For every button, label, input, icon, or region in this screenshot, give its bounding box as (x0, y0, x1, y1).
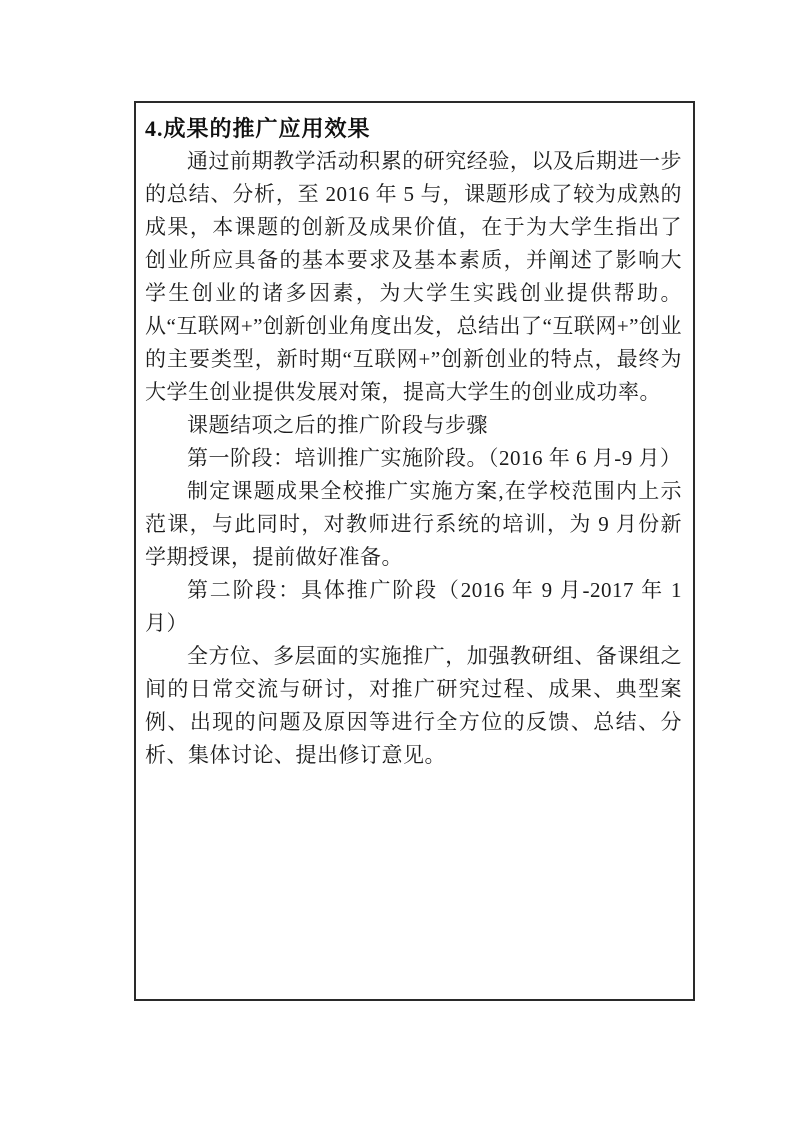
paragraph-phase-two: 第二阶段：具体推广阶段（2016 年 9 月-2017 年 1 月） (145, 574, 682, 640)
section-title: 4.成果的推广应用效果 (145, 112, 682, 145)
paragraph-phase-one-detail: 制定课题成果全校推广实施方案,在学校范围内上示范课，与此同时，对教师进行系统的培… (145, 475, 682, 574)
paragraph-phase-two-detail: 全方位、多层面的实施推广，加强教研组、备课组之间的日常交流与研讨，对推广研究过程… (145, 640, 682, 772)
paragraph-phase-one: 第一阶段：培训推广实施阶段。（2016 年 6 月-9 月） (145, 442, 682, 475)
document-page: 4.成果的推广应用效果 通过前期教学活动积累的研究经验，以及后期进一步的总结、分… (0, 0, 794, 1123)
paragraph-research-summary: 通过前期教学活动积累的研究经验，以及后期进一步的总结、分析，至 2016 年 5… (145, 145, 682, 409)
content-cell: 4.成果的推广应用效果 通过前期教学活动积累的研究经验，以及后期进一步的总结、分… (134, 101, 695, 1001)
paragraph-promotion-steps-heading: 课题结项之后的推广阶段与步骤 (145, 409, 682, 442)
